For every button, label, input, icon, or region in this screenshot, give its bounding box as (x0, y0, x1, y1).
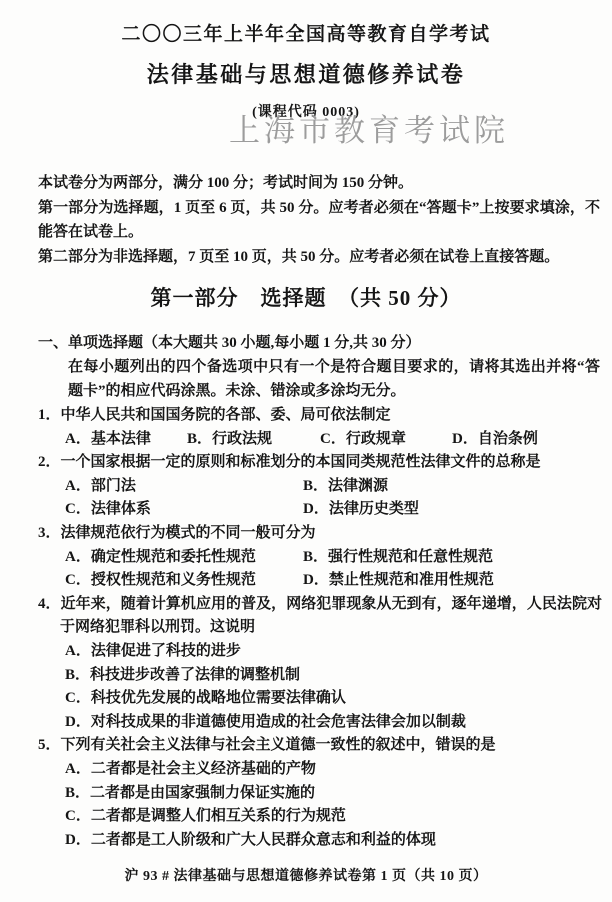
option-c: C．行政规章 (320, 428, 452, 452)
option-d: D．法律历史类型 (303, 498, 602, 522)
options: A．法律促进了科技的进步 B．科技进步改善了法律的调整机制 C．科技优先发展的战… (38, 640, 602, 734)
question-5: 5．下列有关社会主义法律与社会主义道德一致性的叙述中，错误的是 A．二者都是社会… (38, 734, 602, 852)
subsection-title: 一、单项选择题（本大题共 30 小题,每小题 1 分,共 30 分） (38, 331, 600, 355)
question-text: 法律规范依行为模式的不同一般可分为 (61, 525, 316, 541)
question-1: 1．中华人民共和国国务院的各部、委、局可依法制定 A．基本法律 B．行政法规 C… (38, 404, 602, 451)
subsection-note: 在每小题列出的四个备选项中只有一个是符合题目要求的，请将其选出并将“答题卡”的相… (68, 355, 600, 403)
question-3: 3．法律规范依行为模式的不同一般可分为 A．确定性规范和委托性规范 B．强行性规… (38, 522, 602, 593)
option-a: A．基本法律 (65, 428, 187, 452)
option-b: B．强行性规范和任意性规范 (303, 546, 602, 570)
option-d: D．自治条例 (452, 428, 602, 452)
option-c: C．法律体系 (65, 498, 303, 522)
question-stem: 2．一个国家根据一定的原则和标准划分的本国同类规范性法律文件的总称是 (38, 451, 602, 475)
exam-paper-page: 二〇〇三年上半年全国高等教育自学考试 法律基础与思想道德修养试卷 (课程代码 0… (0, 0, 612, 902)
paper-header: 二〇〇三年上半年全国高等教育自学考试 法律基础与思想道德修养试卷 (课程代码 0… (0, 0, 612, 121)
question-text: 中华人民共和国国务院的各部、委、局可依法制定 (61, 407, 391, 423)
option-b: B．法律渊源 (303, 475, 602, 499)
instruction-line: 第二部分为非选择题，7 页至 10 页，共 50 分。应考者必须在试卷上直接答题… (38, 245, 600, 270)
option-a: A．部门法 (65, 475, 303, 499)
institution-stamp: 上海市教育考试院 (229, 105, 509, 150)
instruction-line: 第一部分为选择题，1 页至 6 页，共 50 分。应考者必须在“答题卡”上按要求… (38, 196, 600, 245)
option-a: A．确定性规范和委托性规范 (65, 546, 303, 570)
question-number: 4． (38, 596, 61, 612)
options: A．确定性规范和委托性规范 B．强行性规范和任意性规范 C．授权性规范和义务性规… (38, 546, 602, 593)
page-footer: 沪 93 # 法律基础与思想道德修养试卷第 1 页（共 10 页） (0, 865, 612, 885)
option-d: D．二者都是工人阶级和广大人民群众意志和利益的体现 (65, 829, 602, 853)
question-number: 5． (38, 737, 61, 753)
option-d: D．对科技成果的非道德使用造成的社会危害法律会加以制裁 (65, 711, 602, 735)
exam-session-title: 二〇〇三年上半年全国高等教育自学考试 (0, 19, 612, 46)
question-number: 2． (38, 454, 61, 470)
option-b: B．行政法规 (187, 428, 320, 452)
question-text: 下列有关社会主义法律与社会主义道德一致性的叙述中，错误的是 (61, 737, 496, 753)
question-2: 2．一个国家根据一定的原则和标准划分的本国同类规范性法律文件的总称是 A．部门法… (38, 451, 602, 522)
exam-instructions: 本试卷分为两部分，满分 100 分；考试时间为 150 分钟。 第一部分为选择题… (38, 171, 600, 269)
question-text: 一个国家根据一定的原则和标准划分的本国同类规范性法律文件的总称是 (61, 454, 541, 470)
option-d: D．禁止性规范和准用性规范 (303, 569, 602, 593)
question-list: 1．中华人民共和国国务院的各部、委、局可依法制定 A．基本法律 B．行政法规 C… (38, 404, 602, 852)
option-b: B．科技进步改善了法律的调整机制 (65, 664, 602, 688)
question-number: 1． (38, 407, 61, 423)
section-one-heading: 第一部分 选择题 （共 50 分） (0, 282, 612, 312)
option-c: C．授权性规范和义务性规范 (65, 569, 303, 593)
instruction-line: 本试卷分为两部分，满分 100 分；考试时间为 150 分钟。 (38, 171, 600, 196)
option-b: B．二者都是由国家强制力保证实施的 (65, 782, 602, 806)
question-number: 3． (38, 525, 61, 541)
option-a: A．法律促进了科技的进步 (65, 640, 602, 664)
option-a: A．二者都是社会主义经济基础的产物 (65, 758, 602, 782)
question-stem: 3．法律规范依行为模式的不同一般可分为 (38, 522, 602, 546)
question-stem: 4．近年来，随着计算机应用的普及，网络犯罪现象从无到有，逐年递增，人民法院对于网… (38, 593, 602, 640)
option-c: C．二者都是调整人们相互关系的行为规范 (65, 805, 602, 829)
question-stem: 1．中华人民共和国国务院的各部、委、局可依法制定 (38, 404, 602, 428)
options: A．基本法律 B．行政法规 C．行政规章 D．自治条例 (38, 428, 602, 452)
options: A．二者都是社会主义经济基础的产物 B．二者都是由国家强制力保证实施的 C．二者… (38, 758, 602, 852)
paper-title: 法律基础与思想道德修养试卷 (0, 58, 612, 89)
question-stem: 5．下列有关社会主义法律与社会主义道德一致性的叙述中，错误的是 (38, 734, 602, 758)
options: A．部门法 B．法律渊源 C．法律体系 D．法律历史类型 (38, 475, 602, 522)
option-c: C．科技优先发展的战略地位需要法律确认 (65, 687, 602, 711)
question-text: 近年来，随着计算机应用的普及，网络犯罪现象从无到有，逐年递增，人民法院对于网络犯… (60, 596, 602, 636)
question-4: 4．近年来，随着计算机应用的普及，网络犯罪现象从无到有，逐年递增，人民法院对于网… (38, 593, 602, 735)
single-choice-intro: 一、单项选择题（本大题共 30 小题,每小题 1 分,共 30 分） 在每小题列… (38, 331, 600, 403)
